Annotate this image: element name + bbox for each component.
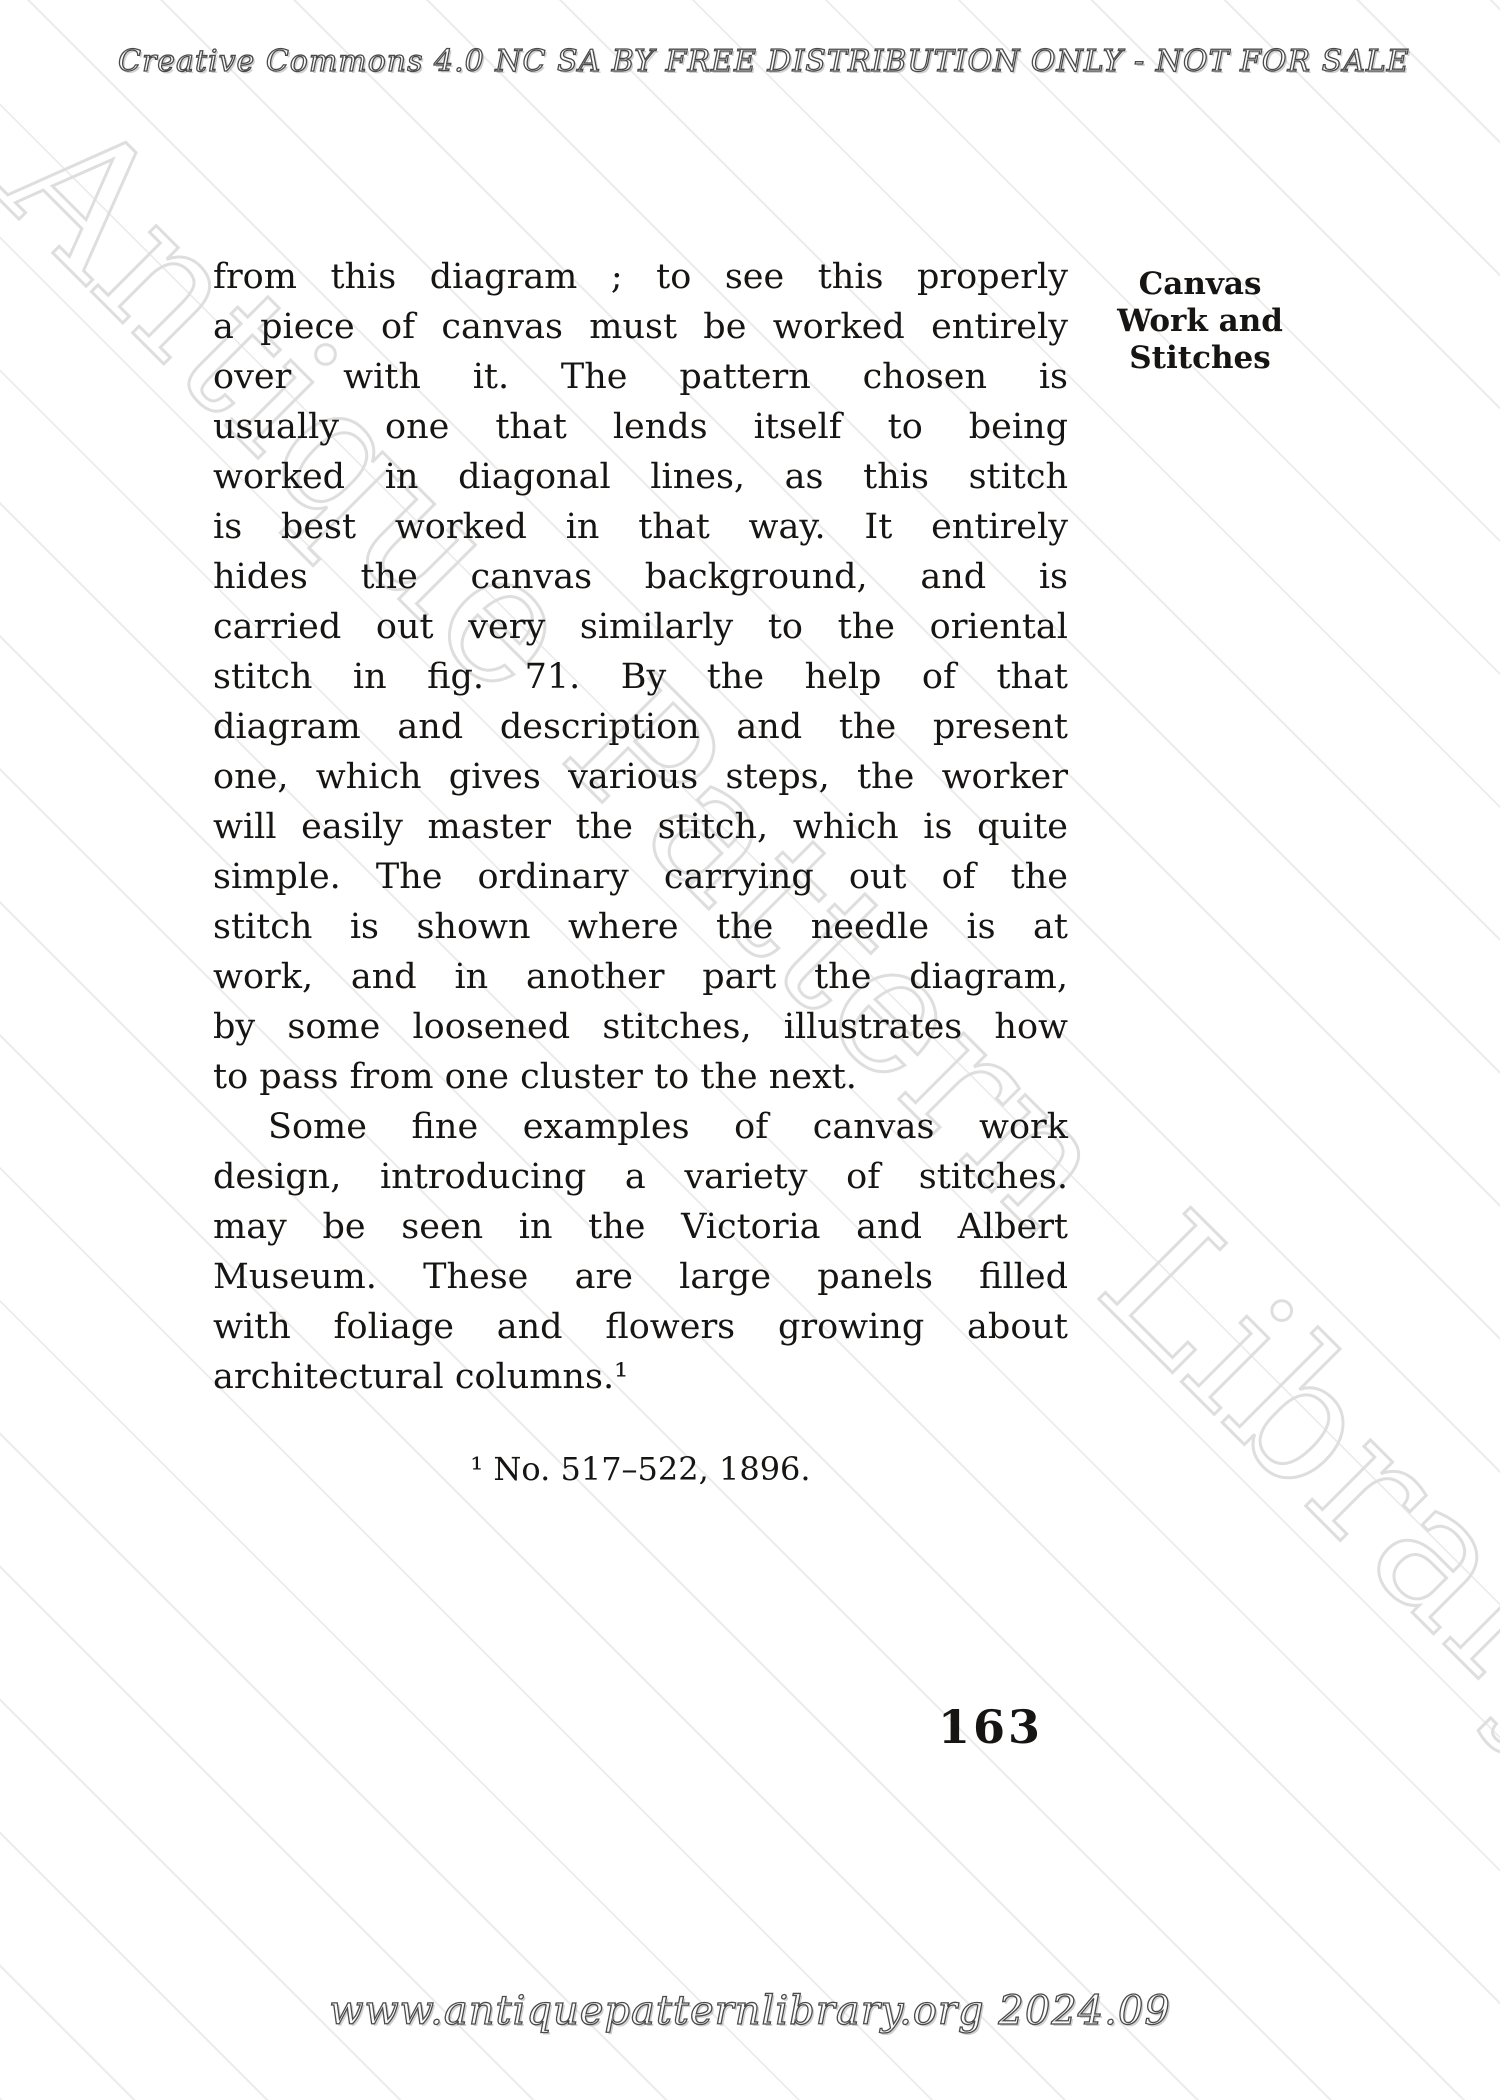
body-line: stitch is shown where the needle is at [213, 902, 1068, 952]
body-line: carried out very similarly to the orient… [213, 602, 1068, 652]
body-line: architectural columns.¹ [213, 1352, 1068, 1402]
body-line: diagram and description and the present [213, 702, 1068, 752]
license-header: Creative Commons 4.0 NC SA BY FREE DISTR… [118, 44, 1410, 79]
body-line: work, and in another part the diagram, [213, 952, 1068, 1002]
body-line: usually one that lends itself to being [213, 402, 1068, 452]
body-line: will easily master the stitch, which is … [213, 802, 1068, 852]
site-footer: www.antiquepatternlibrary.org 2024.09 [0, 1988, 1500, 2034]
body-line: over with it. The pattern chosen is [213, 352, 1068, 402]
scanned-book-page: Antique Pattern Library Creative Commons… [0, 0, 1500, 2100]
body-line: may be seen in the Victoria and Albert [213, 1202, 1068, 1252]
body-line: is best worked in that way. It entirely [213, 502, 1068, 552]
body-line: Museum. These are large panels filled [213, 1252, 1068, 1302]
body-line: simple. The ordinary carrying out of the [213, 852, 1068, 902]
margin-note-line: Canvas [1100, 266, 1300, 303]
page-number: 163 [938, 1700, 1043, 1754]
body-line: one, which gives various steps, the work… [213, 752, 1068, 802]
body-line: to pass from one cluster to the next. [213, 1052, 1068, 1102]
footnote: ¹ No. 517–522, 1896. [213, 1450, 1068, 1488]
body-line: design, introducing a variety of stitche… [213, 1152, 1068, 1202]
body-line: stitch in fig. 71. By the help of that [213, 652, 1068, 702]
body-line: a piece of canvas must be worked entirel… [213, 302, 1068, 352]
body-line: with foliage and flowers growing about [213, 1302, 1068, 1352]
body-line: Some fine examples of canvas work [213, 1102, 1068, 1152]
body-line: from this diagram ; to see this properly [213, 252, 1068, 302]
margin-note-line: Stitches [1100, 340, 1300, 377]
body-line: hides the canvas background, and is [213, 552, 1068, 602]
margin-note: CanvasWork andStitches [1100, 266, 1300, 377]
body-text: from this diagram ; to see this properly… [213, 252, 1068, 1402]
body-line: by some loosened stitches, illustrates h… [213, 1002, 1068, 1052]
body-line: worked in diagonal lines, as this stitch [213, 452, 1068, 502]
margin-note-line: Work and [1100, 303, 1300, 340]
